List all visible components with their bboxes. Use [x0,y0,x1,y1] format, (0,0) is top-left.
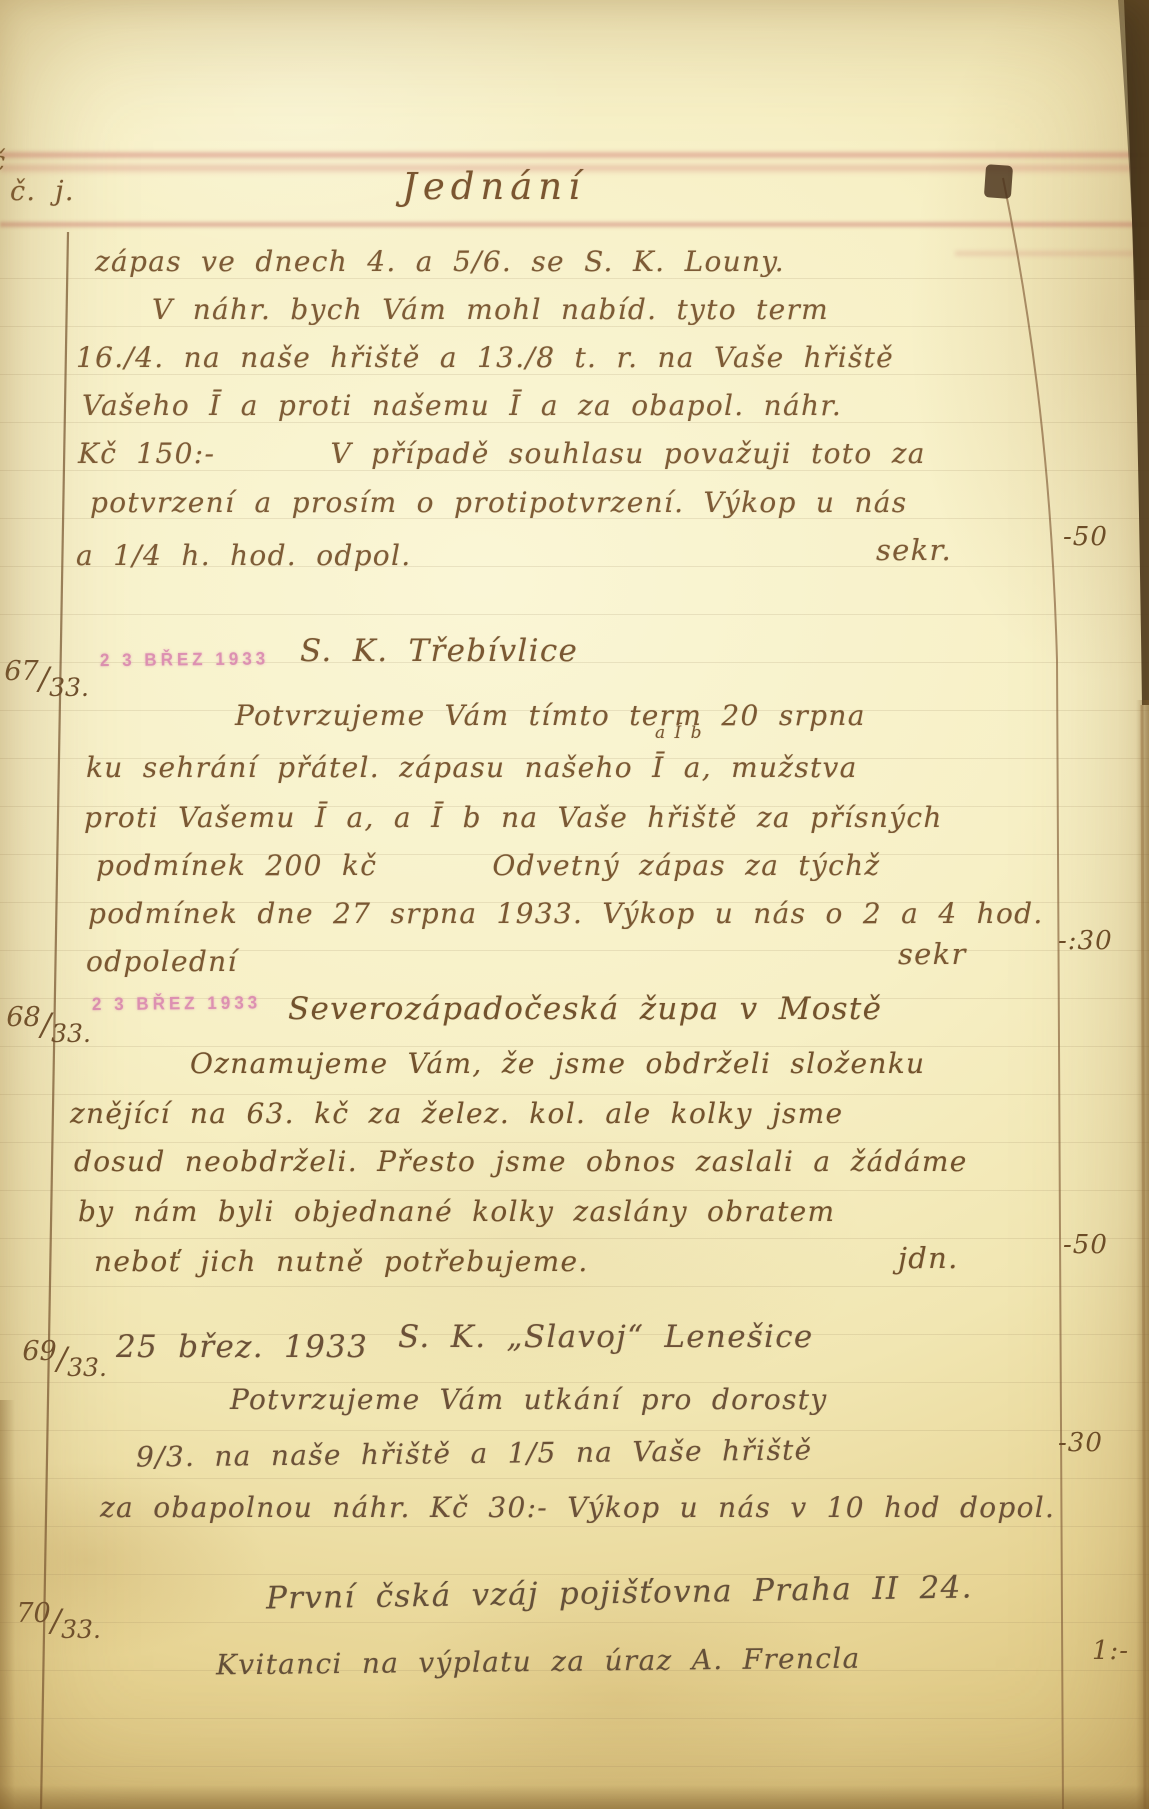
signature: sekr. [876,534,952,567]
margin-ref-68: 68/33. [0,988,91,1062]
date-stamp: 2 3 BŘEZ 1933 [92,993,261,1016]
ref-numerator: 70 [16,1598,50,1629]
amount: 1:- [1092,1636,1129,1666]
ref-denominator: 33. [61,1615,101,1644]
entry-line: Kč 150:- V případě souhlasu považuji tot… [78,438,926,470]
ink-blot [984,164,1013,199]
entry-line: Potvrzujeme Vám tímto term 20 srpna [235,700,866,732]
amount: -:30 [1058,926,1113,956]
page-edge-dark [1124,0,1149,705]
interline-insertion: a Ī b [655,724,702,744]
entry-line: Oznamujeme Vám, že jsme obdrželi složenk… [190,1048,925,1080]
amount-column-line [1003,178,1063,1809]
ref-numerator: 68 [6,1002,40,1033]
entry-line: 9/3. na naše hřiště a 1/5 na Vaše hřiště [136,1434,813,1473]
signature: sekr [898,938,967,971]
margin-ref-70: 70/33. [0,1584,101,1658]
entry-date: 25 břez. 1933 [116,1330,368,1366]
entry-line: Kvitanci na výplatu za úraz A. Frencla [216,1643,861,1682]
ref-slash: / [41,1007,51,1043]
entry-line: by nám byli objednané kolky zaslány obra… [78,1196,835,1228]
entry-line: V náhr. bych Vám mohl nabíd. tyto term [152,294,829,326]
entry-line: za obapolnou náhr. Kč 30:- Výkop u nás v… [100,1492,1055,1524]
margin-ref-69: 69/33. [2,1322,107,1396]
date-stamp: 2 3 BŘEZ 1933 [100,649,269,672]
margin-ref-67: 67/33. [0,642,89,716]
page-edge-shading-right [1136,700,1149,1809]
page-edge-dark-top [1118,0,1149,300]
amount: -30 [1058,1428,1103,1458]
ref-denominator: 33. [51,1019,91,1048]
entry-heading: S. K. „Slavoj“ Lenešice [398,1320,814,1356]
page-edge-line-lower [1142,705,1145,1809]
entry-line: znějící na 63. kč za želez. kol. ale kol… [70,1098,843,1130]
entry-line: zápas ve dnech 4. a 5/6. se S. K. Louny. [95,246,785,278]
entry-line: dosud neobdrželi. Přesto jsme obnos zasl… [74,1146,968,1178]
entry-line: proti Vašemu Ī a, a Ī b na Vaše hřiště z… [84,802,943,834]
entry-line: podmínek 200 kč Odvetný zápas za týchž [96,850,880,882]
ref-denominator: 33. [67,1353,107,1382]
entry-line: neboť jich nutně potřebujeme. [94,1246,589,1278]
entry-line: Vašeho Ī a proti našemu Ī a za obapol. n… [82,390,842,422]
ref-slash: / [51,1603,61,1639]
ref-numerator: 67 [4,656,38,687]
entry-line: odpolední [86,946,238,978]
ref-denominator: 33. [49,673,89,702]
entry-line: Potvrzujeme Vám utkání pro dorosty [230,1384,827,1416]
corner-label: č. j. [10,176,75,207]
ref-slash: / [57,1341,67,1377]
amount: -50 [1063,522,1108,552]
corner-partial-letter: č [0,146,6,177]
signature: jdn. [898,1242,959,1275]
entry-heading: S. K. Třebívlice [300,634,578,670]
entry-line: 16./4. na naše hřiště a 13./8 t. r. na V… [76,342,894,374]
entry-line: potvrzení a prosím o protipotvrzení. Výk… [90,487,907,519]
ref-slash: / [39,661,49,697]
page-title: Jednání [402,166,586,209]
entry-heading: První čská vzáj pojišťovna Praha II 24. [266,1570,973,1617]
header-rule-bottom [0,220,1149,229]
entry-line: ku sehrání přátel. zápasu našeho Ī a, mu… [86,752,858,784]
page-edge-shading-bottom [0,1785,1149,1809]
header-rule-right-fragment [955,250,1149,257]
entry-line: podmínek dne 27 srpna 1933. Výkop u nás … [88,898,1044,930]
amount: -50 [1063,1230,1108,1260]
entry-heading: Severozápadočeská župa v Mostě [288,992,882,1028]
header-rule-top [0,150,1149,160]
ref-numerator: 69 [22,1336,56,1367]
entry-line: a 1/4 h. hod. odpol. [76,540,411,572]
ledger-page: č č. j. Jednání zápas ve dnech 4. a 5/6.… [0,0,1149,1809]
